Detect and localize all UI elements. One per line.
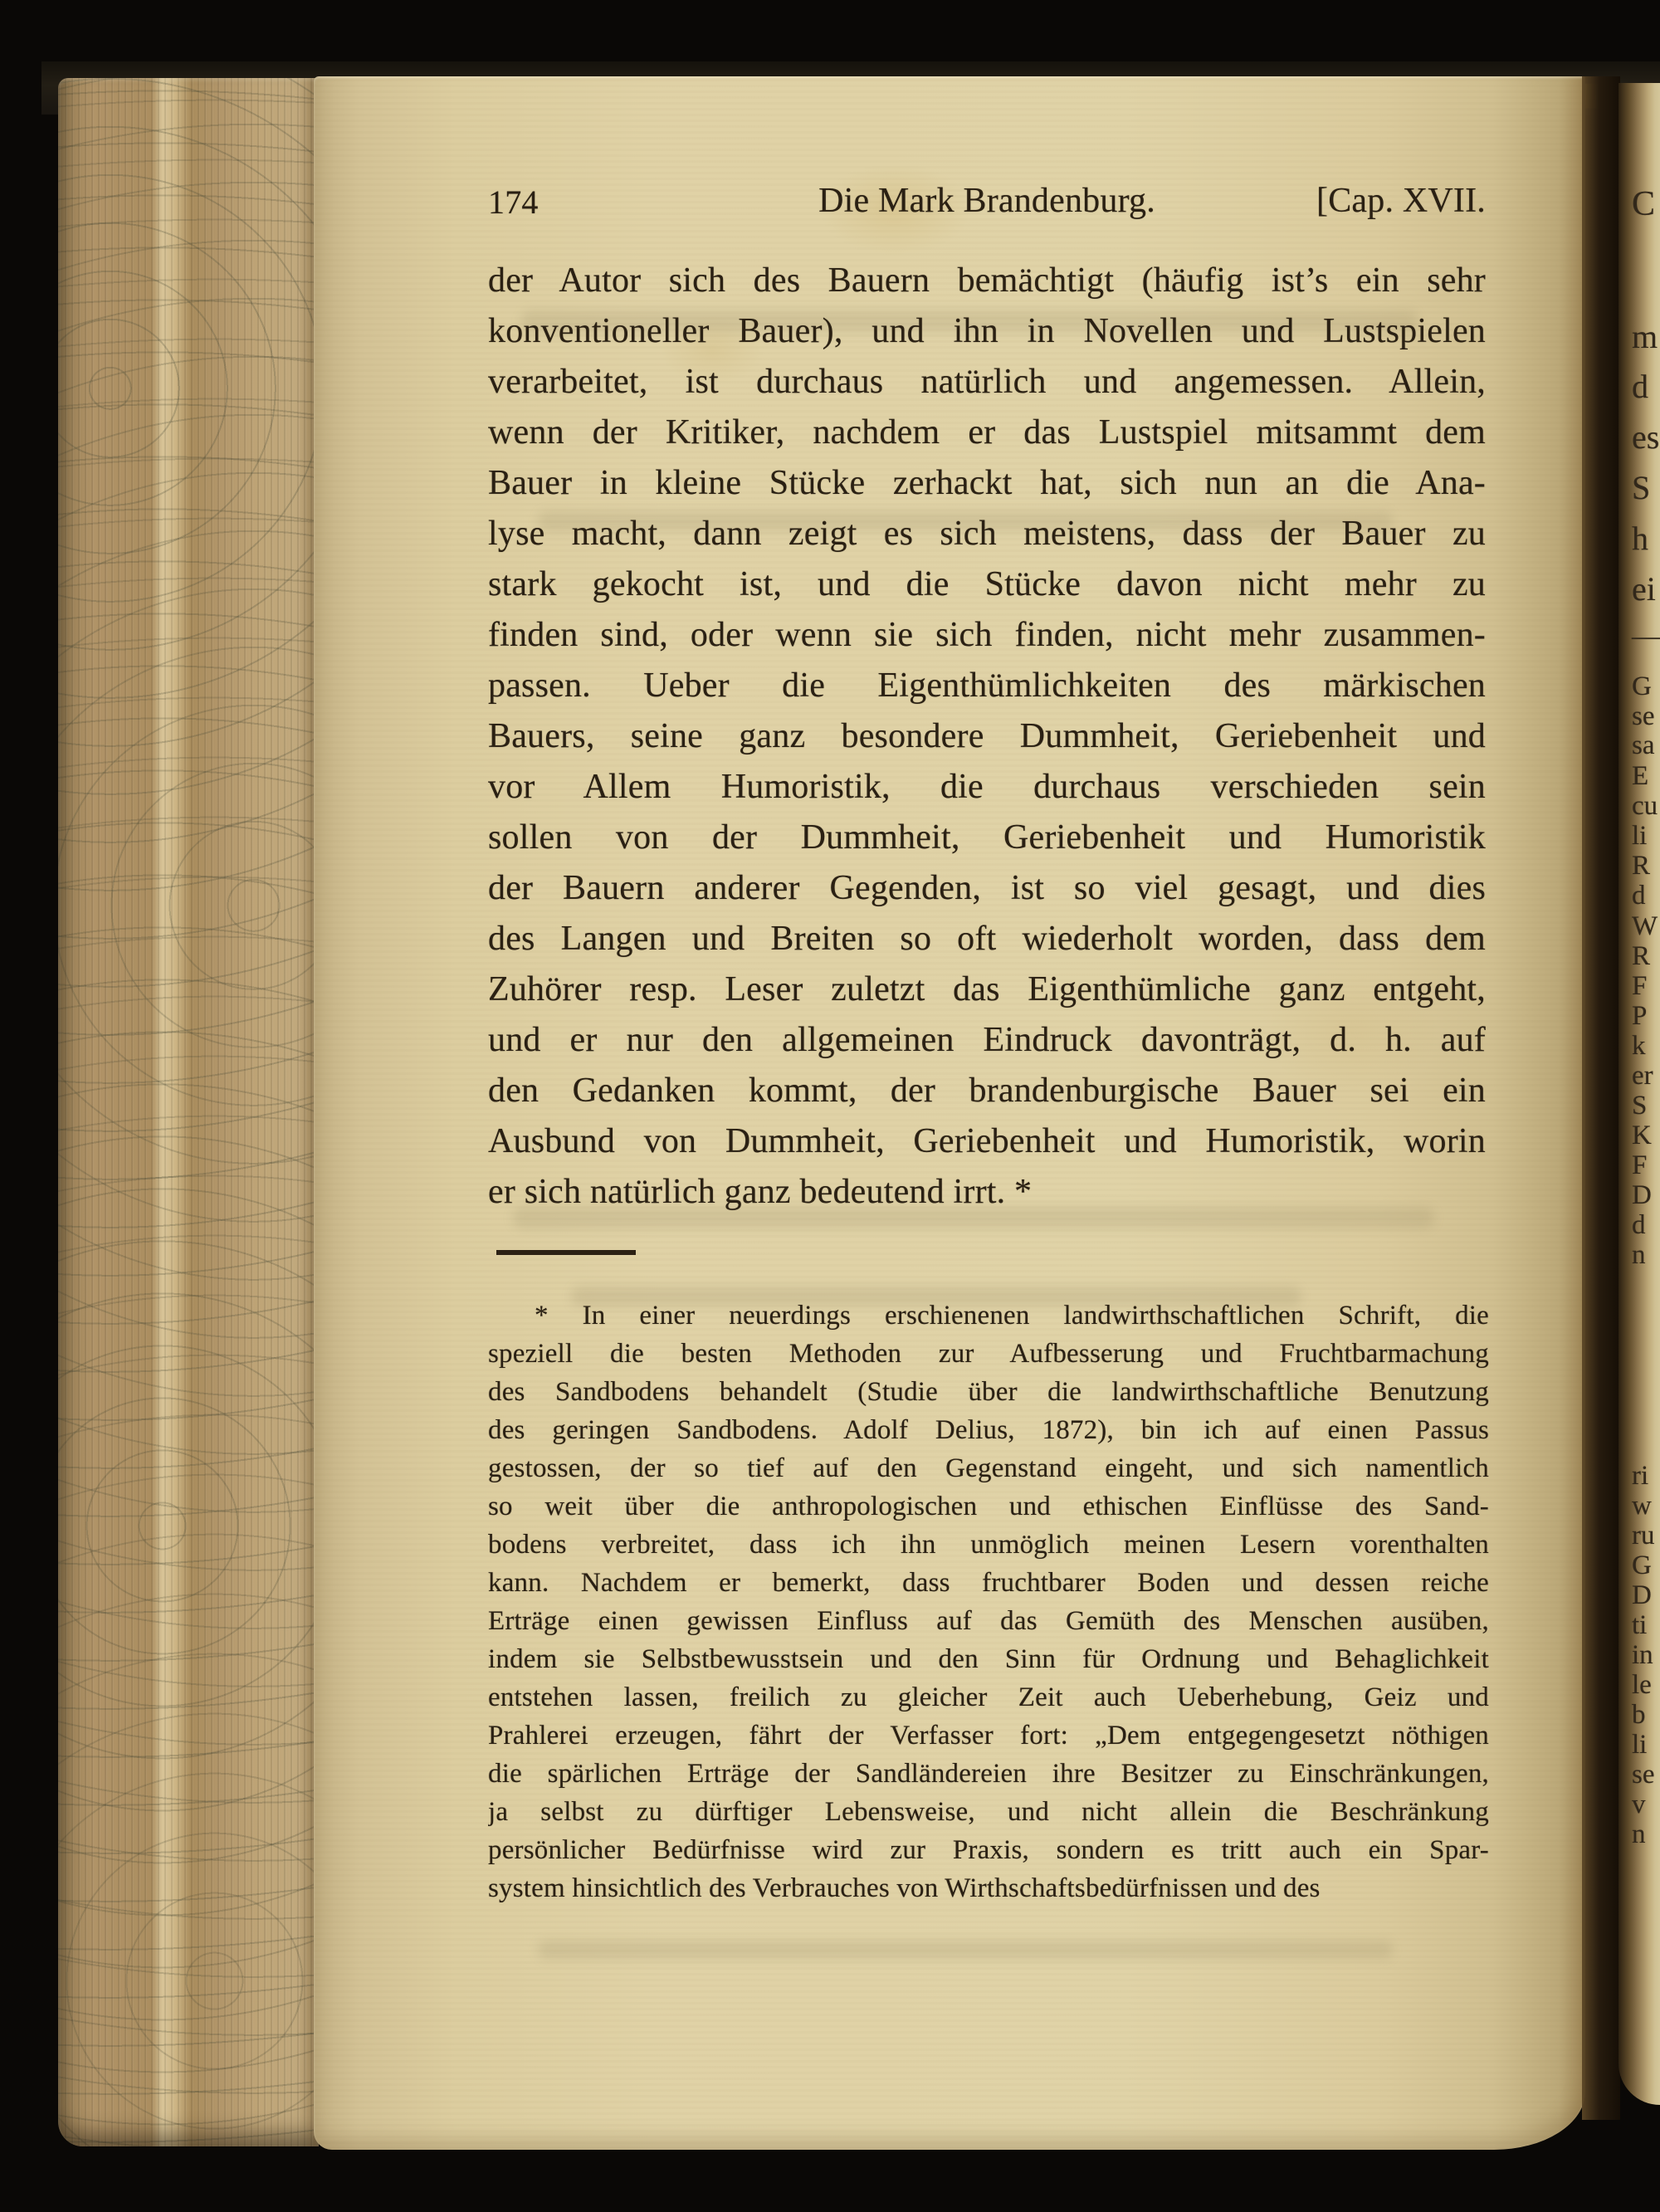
footnote-line: gestossen, der so tief auf den Gegenstan… [488,1449,1489,1487]
gutter-shadow [1582,76,1620,2120]
page-edge-fragment: b [1632,1700,1646,1731]
footnote-separator-rule [496,1250,636,1255]
body-line: er sich natürlich ganz bedeutend irrt. * [488,1167,1486,1218]
page-edge-fragment: ru [1632,1521,1655,1551]
book-scan: 174 Die Mark Brandenburg. [Cap. XVII. de… [0,0,1660,2212]
page-edge-fragment: F [1632,971,1647,1002]
chapter-marker: [Cap. XVII. [488,181,1486,221]
page-edge-fragment: se [1632,1760,1655,1790]
page-edge-fragment: m [1632,317,1658,356]
footnote-line: die spärlichen Erträge der Sandländereie… [488,1755,1489,1793]
page-edge-fragment: G [1632,671,1652,702]
body-line: Bauer in kleine Stücke zerhackt hat, sic… [488,458,1486,509]
next-page-sliver: CmdesShei—GsesaEculiRdWRFPkerSKFDdnriwru… [1618,83,1660,2105]
footnote-line: * In einer neuerdings erschienenen landw… [488,1296,1489,1335]
page-edge-fragment: — [1632,621,1660,652]
body-line: der Autor sich des Bauern bemächtigt (hä… [488,256,1486,306]
page-edge-fragment: sa [1632,730,1655,761]
page-edge-fragment: n [1632,1240,1646,1271]
page-edge-fragment: er [1632,1061,1653,1091]
page-edge-fragment: ri [1632,1461,1648,1492]
page-edge-fragment: K [1632,1121,1652,1151]
body-line: stark gekocht ist, und die Stücke davon … [488,559,1486,610]
fore-edge-marbled-pages [58,78,319,2146]
body-line: den Gedanken kommt, der brandenburgische… [488,1066,1486,1116]
page-edge-fragment: es [1632,417,1659,457]
footnote-line: speziell die besten Methoden zur Aufbess… [488,1335,1489,1373]
body-line: Ausbund von Dummheit, Geriebenheit und H… [488,1116,1486,1167]
page-edge-fragment: n [1632,1819,1646,1850]
page-edge-fragment: W [1632,911,1658,942]
page-edge-fragment: R [1632,851,1650,881]
page-edge-fragment: ei [1632,569,1656,608]
page-edge-fragment: v [1632,1790,1646,1820]
page-edge-fragment: h [1632,519,1648,558]
body-line: des Langen und Breiten so oft wiederholt… [488,914,1486,964]
body-line: passen. Ueber die Eigenthümlichkeiten de… [488,661,1486,711]
footnote-line: ja selbst zu dürftiger Lebensweise, und … [488,1793,1489,1831]
body-line: sollen von der Dummheit, Geriebenheit un… [488,813,1486,863]
body-line: Bauers, seine ganz besondere Dummheit, G… [488,711,1486,762]
footnote-line: indem sie Selbstbewusstsein und den Sinn… [488,1640,1489,1678]
body-line: konventioneller Bauer), und ihn in Novel… [488,306,1486,357]
body-line: und er nur den allgemeinen Eindruck davo… [488,1015,1486,1066]
footnote-line: entstehen lassen, freilich zu gleicher Z… [488,1678,1489,1716]
footnote-line: des Sandbodens behandelt (Studie über di… [488,1373,1489,1411]
body-line: vor Allem Humoristik, die durchaus versc… [488,762,1486,813]
body-line: lyse macht, dann zeigt es sich meistens,… [488,509,1486,559]
page-edge-fragment: G [1632,1550,1652,1581]
footnote-line: des geringen Sandbodens. Adolf Delius, 1… [488,1411,1489,1449]
page-edge-fragment: k [1632,1031,1646,1062]
page-edge-fragment: ti [1632,1610,1647,1641]
page-edge-fragment: d [1632,1210,1646,1241]
footnote-line: Erträge einen gewissen Einfluss auf das … [488,1602,1489,1640]
body-line: finden sind, oder wenn sie sich finden, … [488,610,1486,661]
page-edge-fragment: D [1632,1580,1652,1611]
page-edge-fragment: R [1632,941,1650,972]
page-edge-fragment: in [1632,1640,1653,1671]
page-edge-fragment: w [1632,1491,1652,1521]
page-edge-fragment: F [1632,1150,1647,1181]
body-text: der Autor sich des Bauern bemächtigt (hä… [488,256,1486,1218]
page-edge-fragment: se [1632,701,1655,732]
body-line: verarbeitet, ist durchaus natürlich und … [488,357,1486,408]
page-edge-fragment: S [1632,468,1650,507]
footnote-line: persönlicher Bedürfnisse wird zur Praxis… [488,1831,1489,1869]
footnote-line: bodens verbreitet, dass ich ihn unmöglic… [488,1526,1489,1564]
page-edge-fragment: li [1632,821,1647,852]
left-page: 174 Die Mark Brandenburg. [Cap. XVII. de… [314,76,1585,2150]
footnote-line: system hinsichtlich des Verbrauches von … [488,1869,1489,1907]
footnote-line: so weit über die anthropologischen und e… [488,1487,1489,1526]
page-edge-fragment: D [1632,1180,1652,1211]
footnote-line: Prahlerei erzeugen, fährt der Verfasser … [488,1716,1489,1755]
bleedthrough-ghost [538,1941,1393,1959]
page-edge-fragment: le [1632,1670,1652,1701]
body-line: Zuhörer resp. Leser zuletzt das Eigenthü… [488,964,1486,1015]
page-edge-fragment: S [1632,1091,1647,1121]
page-edge-fragment: P [1632,1001,1647,1032]
page-edge-fragment: d [1632,881,1646,911]
footnote-line: kann. Nachdem er bemerkt, dass fruchtbar… [488,1564,1489,1602]
page-edge-fragment: C [1632,184,1655,224]
page-edge-fragment: d [1632,367,1648,406]
body-line: der Bauern anderer Gegenden, ist so viel… [488,863,1486,914]
page-edge-fragment: li [1632,1730,1647,1760]
body-line: wenn der Kritiker, nachdem er das Lustsp… [488,408,1486,458]
footnote-text: * In einer neuerdings erschienenen landw… [488,1296,1489,1907]
page-edge-fragment: E [1632,761,1648,792]
page-edge-fragment: cu [1632,791,1658,822]
